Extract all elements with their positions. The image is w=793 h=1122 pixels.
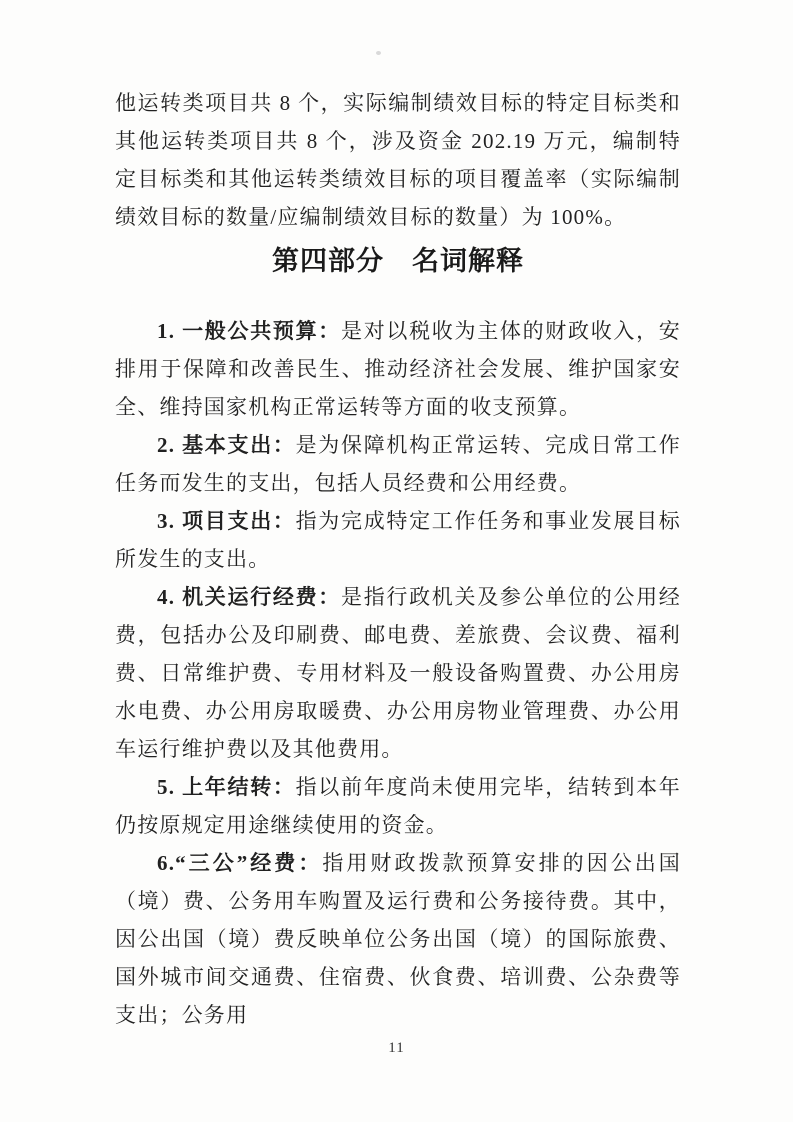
term-name: 2. 基本支出： — [157, 433, 296, 457]
term-name: 6.“三公”经费： — [157, 851, 322, 875]
term-paragraph-4: 4. 机关运行经费：是指行政机关及参公单位的公用经费，包括办公及印刷费、邮电费、… — [115, 578, 681, 768]
section-heading: 第四部分 名词解释 — [115, 240, 681, 282]
page-content: 他运转类项目共 8 个，实际编制绩效目标的特定目标类和其他运转类项目共 8 个，… — [115, 84, 681, 1034]
document-page: 他运转类项目共 8 个，实际编制绩效目标的特定目标类和其他运转类项目共 8 个，… — [0, 0, 793, 1122]
term-paragraph-5: 5. 上年结转：指以前年度尚未使用完毕，结转到本年仍按原规定用途继续使用的资金。 — [115, 768, 681, 844]
intro-paragraph: 他运转类项目共 8 个，实际编制绩效目标的特定目标类和其他运转类项目共 8 个，… — [115, 84, 681, 236]
term-name: 5. 上年结转： — [157, 775, 296, 799]
scan-speck — [376, 51, 381, 55]
term-name: 1. 一般公共预算： — [157, 319, 341, 343]
term-definition: 指用财政拨款预算安排的因公出国（境）费、公务用车购置及运行费和公务接待费。其中，… — [115, 851, 681, 1027]
term-name: 3. 项目支出： — [157, 509, 296, 533]
term-name: 4. 机关运行经费： — [157, 585, 341, 609]
page-number: 11 — [0, 1040, 793, 1057]
term-paragraph-3: 3. 项目支出：指为完成特定工作任务和事业发展目标所发生的支出。 — [115, 502, 681, 578]
term-definition: 是指行政机关及参公单位的公用经费，包括办公及印刷费、邮电费、差旅费、会议费、福利… — [115, 585, 681, 761]
term-paragraph-2: 2. 基本支出：是为保障机构正常运转、完成日常工作任务而发生的支出，包括人员经费… — [115, 426, 681, 502]
term-paragraph-1: 1. 一般公共预算：是对以税收为主体的财政收入，安排用于保障和改善民生、推动经济… — [115, 312, 681, 426]
term-paragraph-6: 6.“三公”经费：指用财政拨款预算安排的因公出国（境）费、公务用车购置及运行费和… — [115, 844, 681, 1034]
